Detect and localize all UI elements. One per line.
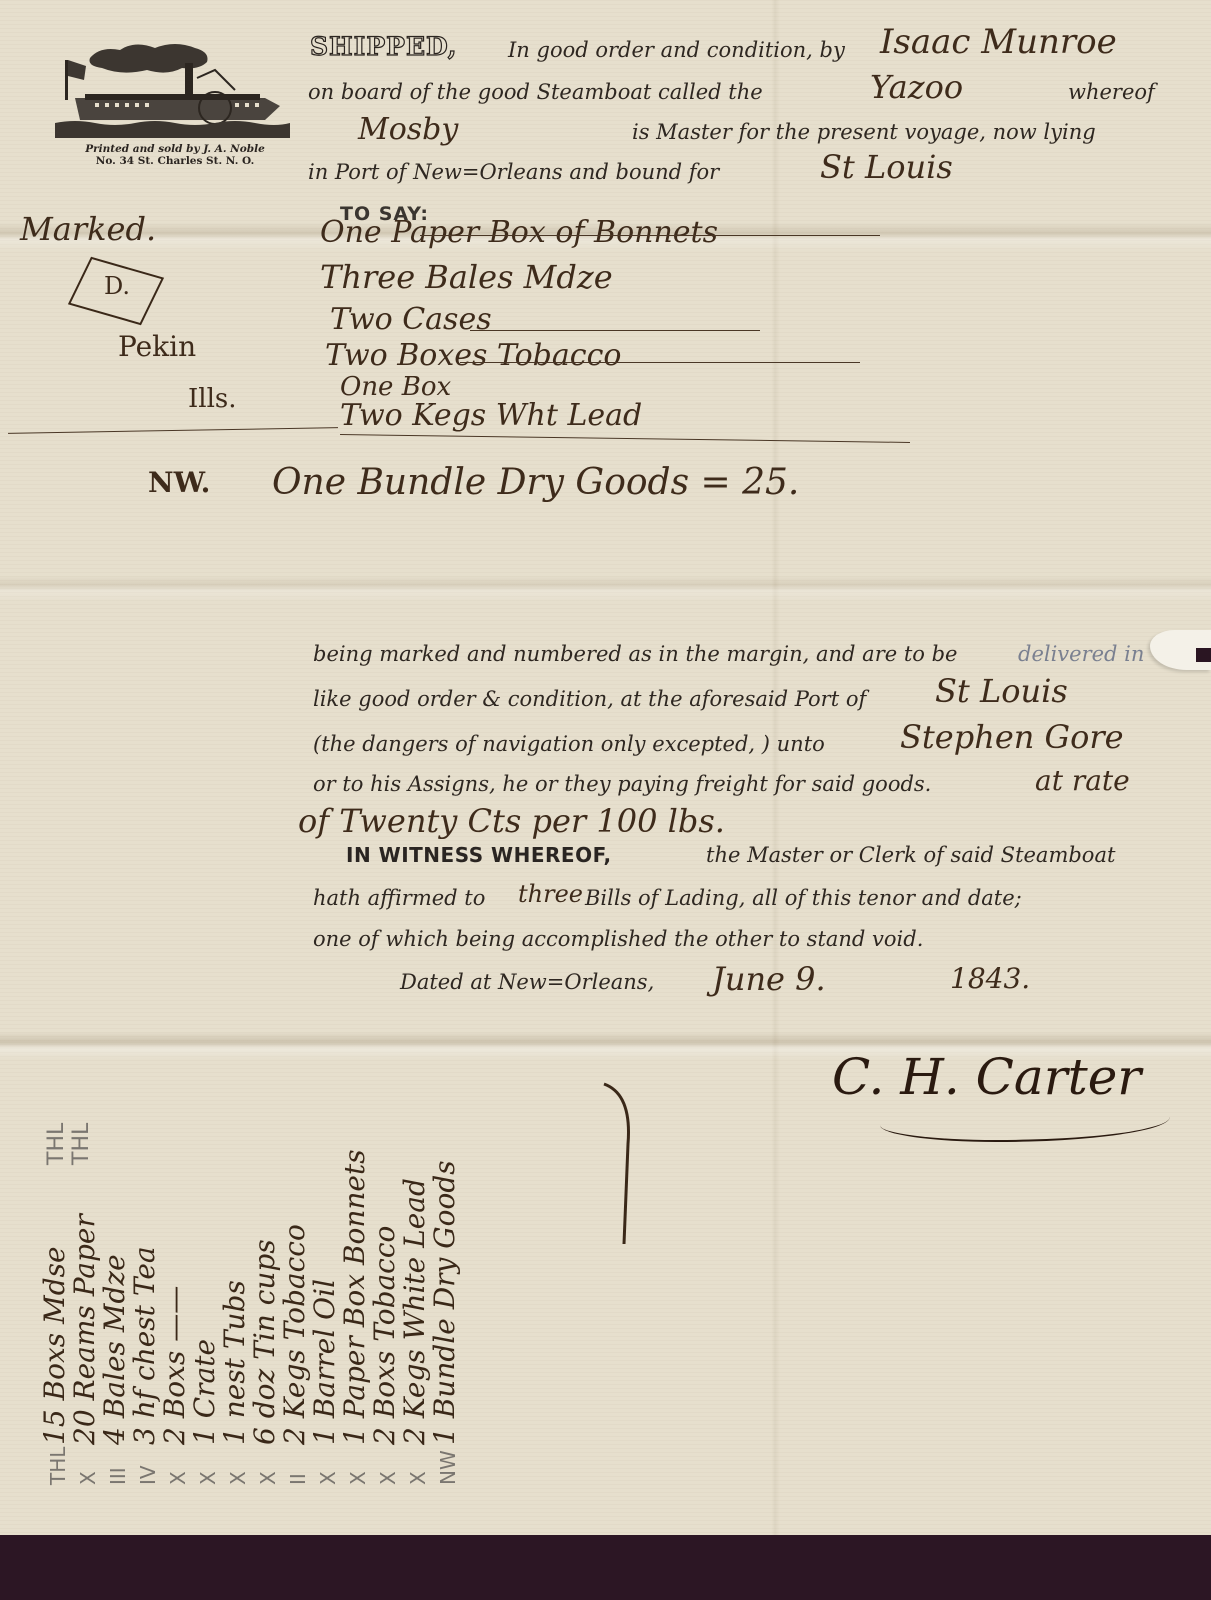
check-mark: X bbox=[196, 1471, 220, 1485]
delivery-port: St Louis bbox=[935, 672, 1068, 710]
terms-line-1-end: delivered in bbox=[1018, 642, 1144, 666]
signature: C. H. Carter bbox=[832, 1048, 1141, 1106]
freight-rate-1: at rate bbox=[1035, 764, 1130, 797]
scan-background bbox=[0, 1535, 1211, 1600]
bill-of-lading-paper: Printed and sold by J. A. Noble No. 34 S… bbox=[0, 0, 1211, 1535]
check-mark: III bbox=[106, 1467, 130, 1485]
freight-rate-2: of Twenty Cts per 100 lbs. bbox=[298, 802, 725, 840]
check-mark: IV bbox=[136, 1465, 160, 1485]
witness-label: IN WITNESS WHEREOF, bbox=[346, 843, 612, 867]
mark-box-letter: D. bbox=[104, 272, 130, 300]
mark-pekin: Pekin bbox=[118, 330, 196, 363]
reverse-note-item: 4 Bales Mdze bbox=[98, 1254, 131, 1445]
check-mark: X bbox=[256, 1471, 280, 1485]
reverse-note-item: 3 hf chest Tea bbox=[128, 1246, 161, 1445]
reverse-note-item: 1 nest Tubs bbox=[218, 1280, 251, 1445]
cargo-item-1: One Paper Box of Bonnets bbox=[320, 215, 718, 250]
cargo-rule-4 bbox=[460, 362, 860, 363]
tally-marks: THL THL bbox=[44, 1123, 94, 1165]
terms-line-4: or to his Assigns, he or they paying fre… bbox=[313, 772, 931, 796]
cargo-item-4: Two Boxes Tobacco bbox=[325, 338, 621, 373]
reverse-note-item: 15 Boxs Mdse bbox=[38, 1246, 71, 1445]
bracket-stroke-icon bbox=[596, 1080, 636, 1250]
preamble-line-2: on board of the good Steamboat called th… bbox=[308, 80, 763, 104]
check-mark: X bbox=[406, 1471, 430, 1485]
reverse-note-item: 6 doz Tin cups bbox=[248, 1239, 281, 1445]
reverse-note-item: 2 Kegs White Lead bbox=[398, 1178, 431, 1445]
reverse-note-item: 1 Bundle Dry Goods bbox=[428, 1160, 461, 1445]
cargo-item-2: Three Bales Mdze bbox=[320, 258, 613, 296]
check-mark: X bbox=[76, 1471, 100, 1485]
reverse-note-item: 1 Paper Box Bonnets bbox=[338, 1149, 371, 1445]
paper-hole bbox=[1196, 648, 1211, 662]
witness-line-1: the Master or Clerk of said Steamboat bbox=[706, 843, 1115, 867]
check-mark: NW bbox=[436, 1450, 460, 1485]
destination-port: St Louis bbox=[820, 148, 953, 186]
witness-line-2-hand: three bbox=[518, 880, 583, 908]
witness-line-3: one of which being accomplished the othe… bbox=[313, 927, 923, 951]
mark-ills: Ills. bbox=[188, 384, 237, 414]
reverse-note-item: 1 Crate bbox=[188, 1339, 221, 1445]
terms-line-3: (the dangers of navigation only excepted… bbox=[313, 732, 825, 756]
cargo-rule-1 bbox=[420, 235, 880, 236]
steamboat-name: Yazoo bbox=[870, 68, 963, 106]
preamble-line-2-end: whereof bbox=[1068, 80, 1155, 104]
dated-label: Dated at New=Orleans, bbox=[400, 970, 654, 994]
steamboat-illustration-icon bbox=[55, 38, 290, 143]
printer-imprint: Printed and sold by J. A. Noble No. 34 S… bbox=[40, 143, 310, 167]
witness-line-2b: Bills of Lading, all of this tenor and d… bbox=[585, 886, 1022, 910]
cargo-item-6: Two Kegs Wht Lead bbox=[340, 398, 642, 433]
master-name: Mosby bbox=[358, 112, 458, 147]
check-mark: X bbox=[166, 1471, 190, 1485]
check-mark: II bbox=[286, 1473, 310, 1485]
reverse-note-item: 1 Barrel Oil bbox=[308, 1279, 341, 1445]
terms-line-2: like good order & condition, at the afor… bbox=[313, 687, 866, 711]
check-mark: X bbox=[316, 1471, 340, 1485]
date-month-day: June 9. bbox=[712, 960, 826, 998]
mark-nw: NW. bbox=[148, 466, 210, 499]
cargo-additional-item: One Bundle Dry Goods = 25. bbox=[272, 462, 799, 503]
reverse-note-item: 20 Reams Paper bbox=[68, 1214, 101, 1445]
shipped-label: SHIPPED, bbox=[310, 32, 458, 61]
marked-label: Marked. bbox=[20, 210, 156, 248]
preamble-line-3: is Master for the present voyage, now ly… bbox=[632, 120, 1096, 144]
check-mark: X bbox=[376, 1471, 400, 1485]
check-mark: X bbox=[346, 1471, 370, 1485]
preamble-line-4: in Port of New=Orleans and bound for bbox=[308, 160, 719, 184]
printer-line-2: No. 34 St. Charles St. N. O. bbox=[40, 155, 310, 167]
check-mark: THL bbox=[46, 1447, 70, 1485]
printer-line-1: Printed and sold by J. A. Noble bbox=[40, 143, 310, 155]
cargo-item-3: Two Cases bbox=[330, 302, 492, 337]
shipper-name: Isaac Munroe bbox=[880, 22, 1117, 62]
reverse-note-item: 2 Boxs Tobacco bbox=[368, 1226, 401, 1445]
cargo-rule-6 bbox=[340, 434, 910, 443]
margin-divider-line bbox=[8, 427, 338, 434]
terms-line-1: being marked and numbered as in the marg… bbox=[313, 642, 957, 666]
preamble-line-1: In good order and condition, by bbox=[508, 38, 845, 62]
reverse-note-item: 2 Kegs Tobacco bbox=[278, 1224, 311, 1445]
signature-flourish bbox=[880, 1100, 1170, 1142]
date-year: 1843. bbox=[950, 962, 1030, 995]
cargo-rule-3 bbox=[470, 330, 760, 331]
check-mark: X bbox=[226, 1471, 250, 1485]
reverse-note-item: 2 Boxs —— bbox=[158, 1286, 191, 1445]
consignee-name: Stephen Gore bbox=[900, 718, 1124, 756]
witness-line-2a: hath affirmed to bbox=[313, 886, 485, 910]
